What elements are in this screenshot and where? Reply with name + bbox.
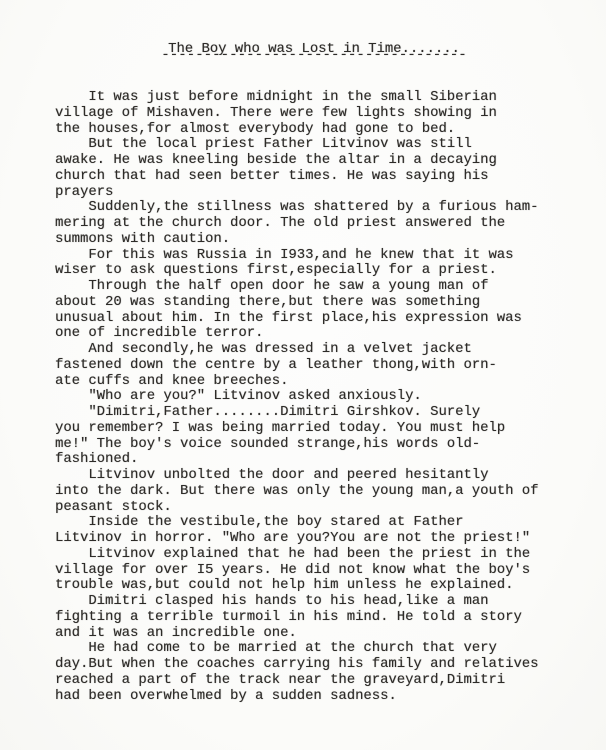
story-text: It was just before midnight in the small… [55,90,538,704]
document-page: The Boy who was Lost in Time....... ----… [0,0,606,750]
title-underline-dashes: ------------------------------------ [161,47,467,63]
title-block: The Boy who was Lost in Time....... ----… [161,41,467,63]
